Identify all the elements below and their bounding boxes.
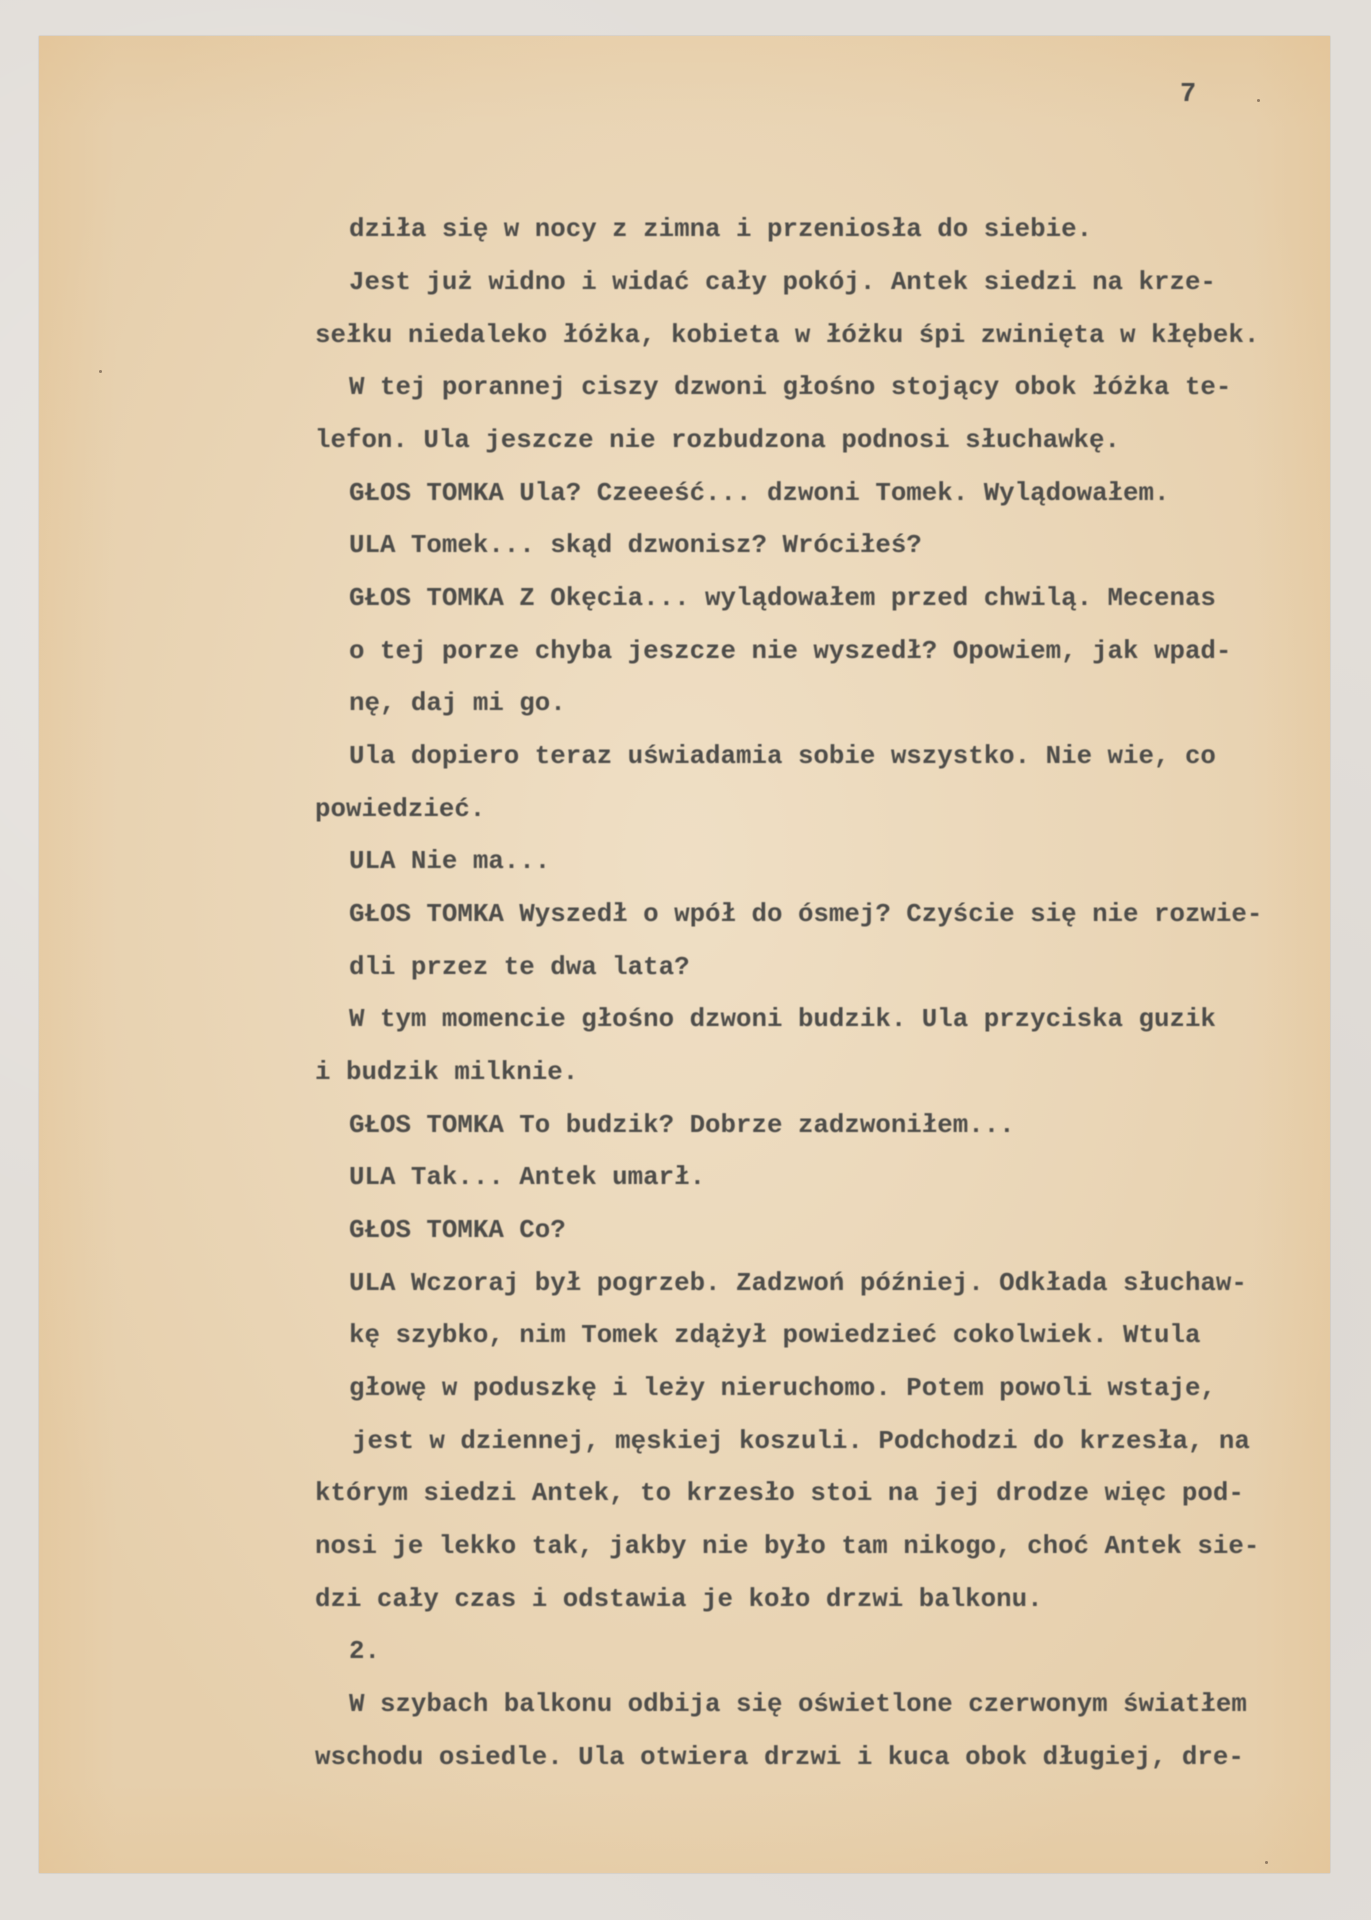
text-line: którym siedzi Antek, to krzesło stoi na … [315,1479,1244,1509]
dialogue-line: ULA Tomek... skąd dzwonisz? Wróciłeś? [349,531,922,561]
dialogue-line: GŁOS TOMKA Z Okęcia... wylądowałem przed… [349,584,1216,614]
dialogue-line: ULA Tak... Antek umarł. [349,1163,705,1193]
text-line: dli przez te dwa lata? [349,953,690,983]
text-line: W szybach balkonu odbija się oświetlone … [349,1690,1247,1720]
scene-number: 2. [349,1637,380,1667]
text-line: o tej porze chyba jeszcze nie wyszedł? O… [349,637,1231,667]
text-line: jest w dziennej, męskiej koszuli. Podcho… [352,1427,1250,1457]
text-line: sełku niedaleko łóżka, kobieta w łóżku ś… [315,321,1259,351]
text-line: lefon. Ula jeszcze nie rozbudzona podnos… [315,426,1120,456]
paper-speck [1257,99,1260,102]
text-line: dziła się w nocy z zimna i przeniosła do… [349,215,1092,245]
page-number: 7 [1180,80,1196,110]
paper-speck [99,370,102,373]
text-line: głowę w poduszkę i leży nieruchomo. Pote… [349,1374,1216,1404]
dialogue-line: GŁOS TOMKA Co? [349,1216,566,1246]
text-line: nosi je lekko tak, jakby nie było tam ni… [315,1532,1259,1562]
dialogue-line: ULA Wczoraj był pogrzeb. Zadzwoń później… [349,1269,1247,1299]
text-line: W tej porannej ciszy dzwoni głośno stoją… [349,373,1231,403]
dialogue-line: GŁOS TOMKA To budzik? Dobrze zadzwoniłem… [349,1111,1015,1141]
dialogue-line: ULA Nie ma... [349,847,550,877]
text-line: nę, daj mi go. [349,689,566,719]
paper-speck [1265,1861,1268,1864]
text-line: W tym momencie głośno dzwoni budzik. Ula… [349,1005,1216,1035]
text-line: dzi cały czas i odstawia je koło drzwi b… [315,1585,1043,1615]
text-line: Ula dopiero teraz uświadamia sobie wszys… [349,742,1216,772]
dialogue-line: GŁOS TOMKA Ula? Czeeeść... dzwoni Tomek.… [349,479,1169,509]
text-line: i budzik milknie. [315,1058,578,1088]
text-line: Jest już widno i widać cały pokój. Antek… [349,268,1216,298]
text-line: kę szybko, nim Tomek zdążył powiedzieć c… [349,1321,1200,1351]
text-line: powiedzieć. [315,795,485,825]
text-line: wschodu osiedle. Ula otwiera drzwi i kuc… [315,1743,1244,1773]
dialogue-line: GŁOS TOMKA Wyszedł o wpół do ósmej? Czyś… [349,900,1262,930]
